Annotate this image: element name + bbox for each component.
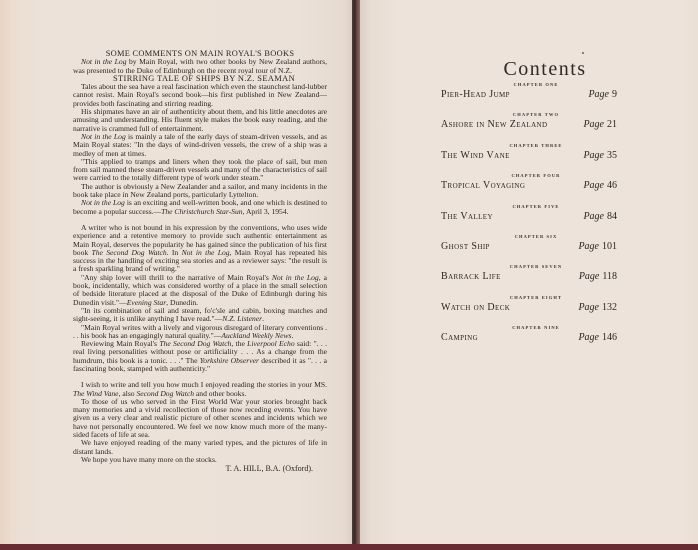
chapter-page: Page35 xyxy=(583,150,617,161)
chapter-number: Chapter Two xyxy=(441,112,617,117)
chapter-number: Chapter Six xyxy=(441,234,617,239)
chapter-title: Pier-Head Jump xyxy=(441,89,510,100)
toc-entry: Chapter SixGhost ShipPage101 xyxy=(441,234,617,264)
chapter-page: Page46 xyxy=(583,180,617,191)
review-paragraph: "In its combination of sail and steam, f… xyxy=(73,307,327,324)
review-paragraph: "Any ship lover will thrill to the narra… xyxy=(73,274,327,307)
review-paragraph: Reviewing Main Royal's The Second Dog Wa… xyxy=(73,340,327,373)
chapter-page: Page21 xyxy=(583,119,617,130)
letter-paragraph: To those of us who served in the First W… xyxy=(73,398,327,439)
chapter-number: Chapter Nine xyxy=(441,325,617,330)
letter-signature: T. A. HILL, B.A. (Oxford). xyxy=(73,465,327,473)
review-paragraph: "Main Royal writes with a lively and vig… xyxy=(73,324,327,341)
page-number: 35 xyxy=(607,150,617,161)
page-label: Page xyxy=(588,89,609,100)
page-label: Page xyxy=(578,302,599,313)
review-paragraph: Not in the Log is an exciting and well-w… xyxy=(73,199,327,216)
toc-entry: Chapter TwoAshore in New ZealandPage21 xyxy=(441,112,617,142)
chapter-page: Page132 xyxy=(578,302,617,313)
paper-speck xyxy=(582,52,584,54)
page-label: Page xyxy=(578,241,599,252)
chapter-page: Page84 xyxy=(583,211,617,222)
toc-entry: Chapter SevenBarrack LifePage118 xyxy=(441,264,617,294)
chapter-number: Chapter One xyxy=(441,82,617,87)
page-label: Page xyxy=(578,332,599,343)
toc-entry: Chapter NineCampingPage146 xyxy=(441,325,617,355)
review-date: , April 3, 1954. xyxy=(243,207,289,216)
review-paragraph: Tales about the sea have a real fascinat… xyxy=(73,83,327,108)
chapter-number: Chapter Four xyxy=(441,173,617,178)
review-paragraph: His shipmates have an air of authenticit… xyxy=(73,108,327,133)
chapter-title: Tropical Voyaging xyxy=(441,180,525,191)
book-cover-edge xyxy=(0,544,698,550)
page-label: Page xyxy=(579,271,600,282)
chapter-title: The Valley xyxy=(441,211,493,222)
page-label: Page xyxy=(583,150,604,161)
page-label: Page xyxy=(583,211,604,222)
chapter-title: Barrack Life xyxy=(441,271,501,282)
letter-paragraph: We have enjoyed reading of the many vari… xyxy=(73,439,327,456)
chapter-page: Page9 xyxy=(588,89,617,100)
chapter-number: Chapter Eight xyxy=(441,295,617,300)
chapter-title: Camping xyxy=(441,332,478,343)
chapter-page: Page146 xyxy=(578,332,617,343)
chapter-number: Chapter Seven xyxy=(441,264,617,269)
contents-title: Contents xyxy=(488,58,602,81)
table-of-contents: Chapter OnePier-Head JumpPage9Chapter Tw… xyxy=(441,82,617,356)
page-label: Page xyxy=(583,180,604,191)
chapter-page: Page118 xyxy=(579,271,617,282)
chapter-title: Ashore in New Zealand xyxy=(441,119,547,130)
page-number: 146 xyxy=(602,332,617,343)
page-number: 101 xyxy=(602,241,617,252)
chapter-page: Page101 xyxy=(578,241,617,252)
chapter-number: Chapter Five xyxy=(441,204,617,209)
page-number: 132 xyxy=(602,302,617,313)
page-number: 46 xyxy=(607,180,617,191)
chapter-title: Watch on Deck xyxy=(441,302,510,313)
book-gutter xyxy=(352,0,360,550)
review-source: The Christchurch Star-Sun xyxy=(161,207,242,216)
toc-entry: Chapter FourTropical VoyagingPage46 xyxy=(441,173,617,203)
page-number: 84 xyxy=(607,211,617,222)
intro-paragraph: Not in the Log by Main Royal, with two o… xyxy=(73,58,327,75)
chapter-title: Ghost Ship xyxy=(441,241,490,252)
book-comments-section: SOME COMMENTS ON MAIN ROYAL'S BOOKS Not … xyxy=(73,50,327,474)
review-paragraph: Not in the Log is mainly a tale of the e… xyxy=(73,133,327,158)
toc-entry: Chapter ThreeThe Wind VanePage35 xyxy=(441,143,617,173)
chapter-title: The Wind Vane xyxy=(441,150,510,161)
page-number: 9 xyxy=(612,89,617,100)
toc-entry: Chapter EightWatch on DeckPage132 xyxy=(441,295,617,325)
letter-paragraph: I wish to write and tell you how much I … xyxy=(73,381,327,398)
toc-entry: Chapter FiveThe ValleyPage84 xyxy=(441,204,617,234)
review-paragraph: The author is obviously a New Zealander … xyxy=(73,183,327,200)
review-paragraph: A writer who is not bound in his express… xyxy=(73,224,327,274)
letter-paragraph: We hope you have many more on the stocks… xyxy=(73,456,327,464)
toc-entry: Chapter OnePier-Head JumpPage9 xyxy=(441,82,617,112)
review-paragraph: "This applied to tramps and liners when … xyxy=(73,158,327,183)
page-label: Page xyxy=(583,119,604,130)
page-number: 118 xyxy=(602,271,617,282)
review-text: "In its combination of sail and steam, f… xyxy=(73,306,327,323)
page-number: 21 xyxy=(607,119,617,130)
chapter-number: Chapter Three xyxy=(441,143,617,148)
